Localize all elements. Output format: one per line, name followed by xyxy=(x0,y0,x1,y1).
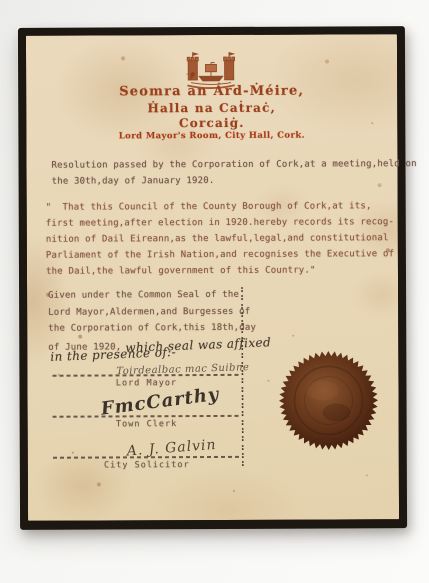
common-seal-wax-icon xyxy=(278,350,378,450)
resolution-line: Parliament of the Irish Nation,and recog… xyxy=(46,249,394,261)
foxing-specks xyxy=(26,36,28,38)
attestation-line: Lord Mayor,Aldermen,and Burgesses of xyxy=(48,306,250,317)
town-clerk-title: Town Clerk xyxy=(53,419,241,430)
intro-line: Resolution passed by the Corporation of … xyxy=(51,159,416,171)
resolution-paragraph: " That this Council of the County Boroug… xyxy=(46,198,395,280)
attestation-line: Given under the Common Seal of the xyxy=(48,290,239,301)
letterhead-irish-line-1: Seomra an Árd-Ṁéire, xyxy=(26,83,397,100)
letterhead-irish-line-3: Corcaiġ. xyxy=(26,115,397,131)
document-paper: Seomra an Árd-Ṁéire, Ḣalla na Caṫraċ, Co… xyxy=(26,34,399,521)
photo-backdrop: Seomra an Árd-Ṁéire, Ḣalla na Caṫraċ, Co… xyxy=(0,0,429,583)
intro-line: the 30th,day of January 1920. xyxy=(52,176,215,187)
signature-block-city-solicitor: A. J. Galvin City Solicitor xyxy=(53,456,241,471)
signature-dotted-line xyxy=(52,374,240,377)
letterhead-english-line: Lord Mayor's Room, City Hall, Cork. xyxy=(26,130,397,142)
resolution-line: " That this Council of the County Boroug… xyxy=(46,201,372,212)
resolution-line: the Dail,the lawful government of this C… xyxy=(46,266,316,277)
resolution-line: nition of Dail Eireann,as the lawful,leg… xyxy=(46,233,389,244)
city-solicitor-title: City Solicitor xyxy=(53,460,241,471)
letterhead-irish-line-2: Ḣalla na Caṫraċ, xyxy=(26,100,397,116)
signature-dotted-line xyxy=(53,456,241,459)
document-photo: Seomra an Árd-Ṁéire, Ḣalla na Caṫraċ, Co… xyxy=(18,26,407,530)
resolution-line: first meeting,after election in 1920.her… xyxy=(46,217,394,229)
signature-dotted-line xyxy=(53,415,241,418)
attestation-line: the Corporation of Cork,this 18th,day xyxy=(48,323,256,334)
signature-block-town-clerk: FmcCarthy Town Clerk xyxy=(53,415,241,430)
intro-paragraph: Resolution passed by the Corporation of … xyxy=(51,156,416,190)
